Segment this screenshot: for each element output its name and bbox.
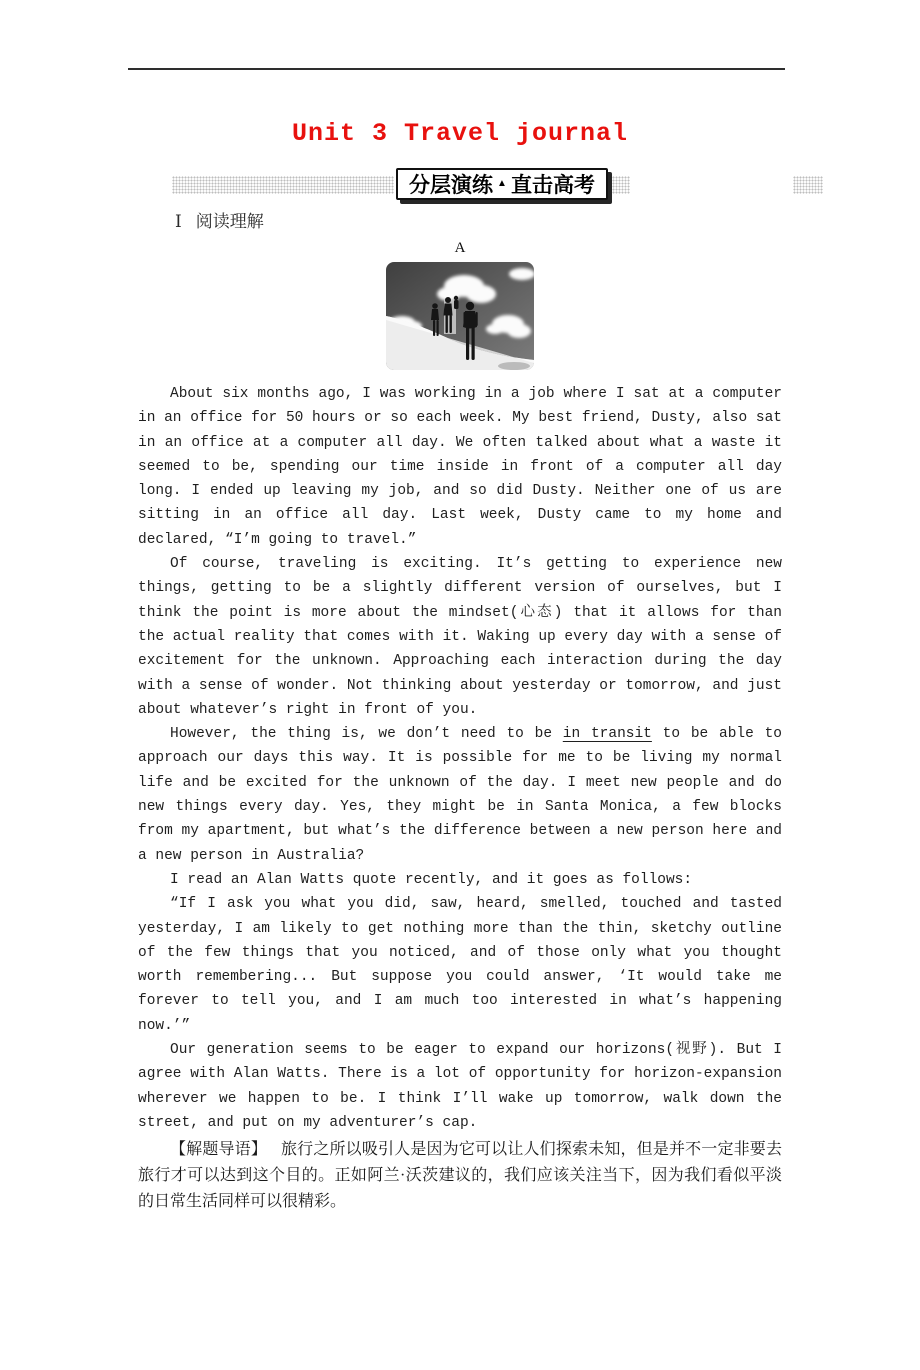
analysis-note: 【解题导语】旅行之所以吸引人是因为它可以让人们探索未知，但是并不一定非要去旅行才… [138, 1137, 782, 1215]
triangle-separator-icon: ▲ [497, 178, 507, 189]
paragraph-text: However, the thing is, we don’t need to … [170, 726, 563, 742]
paragraph: Our generation seems to be eager to expa… [138, 1038, 782, 1135]
document-page: Unit 3 Travel journal 分层演练 ▲ 直击高考 Ⅰ阅读理解 … [0, 68, 920, 1370]
paragraph: “If I ask you what you did, saw, heard, … [138, 892, 782, 1038]
paragraph: About six months ago, I was working in a… [138, 382, 782, 552]
paragraph: Of course, traveling is exciting. It’s g… [138, 552, 782, 722]
paragraph: However, the thing is, we don’t need to … [138, 722, 782, 868]
section-numeral: Ⅰ [175, 212, 182, 231]
top-divider [128, 68, 785, 70]
ribbon-decoration-far [793, 176, 823, 194]
underlined-phrase: in transit [563, 726, 652, 742]
paragraph: I read an Alan Watts quote recently, and… [138, 868, 782, 892]
section-heading: Ⅰ阅读理解 [175, 212, 920, 232]
banner-box: 分层演练 ▲ 直击高考 [396, 168, 608, 200]
banner-row: 分层演练 ▲ 直击高考 [0, 168, 920, 204]
page-title: Unit 3 Travel journal [0, 120, 920, 148]
passage-photo [386, 262, 534, 370]
paragraph-text: to be able to approach our days this way… [138, 726, 782, 863]
banner-text-right: 直击高考 [511, 169, 595, 199]
note-tag: 【解题导语】 [170, 1141, 281, 1158]
ribbon-decoration-left [172, 176, 394, 194]
section-label: 阅读理解 [196, 212, 264, 231]
passage-label: A [0, 240, 920, 257]
photo-wrap [0, 262, 920, 370]
banner-text-left: 分层演练 [409, 169, 493, 199]
reading-passage: About six months ago, I was working in a… [138, 382, 782, 1135]
ribbon-decoration-mid [612, 176, 630, 194]
